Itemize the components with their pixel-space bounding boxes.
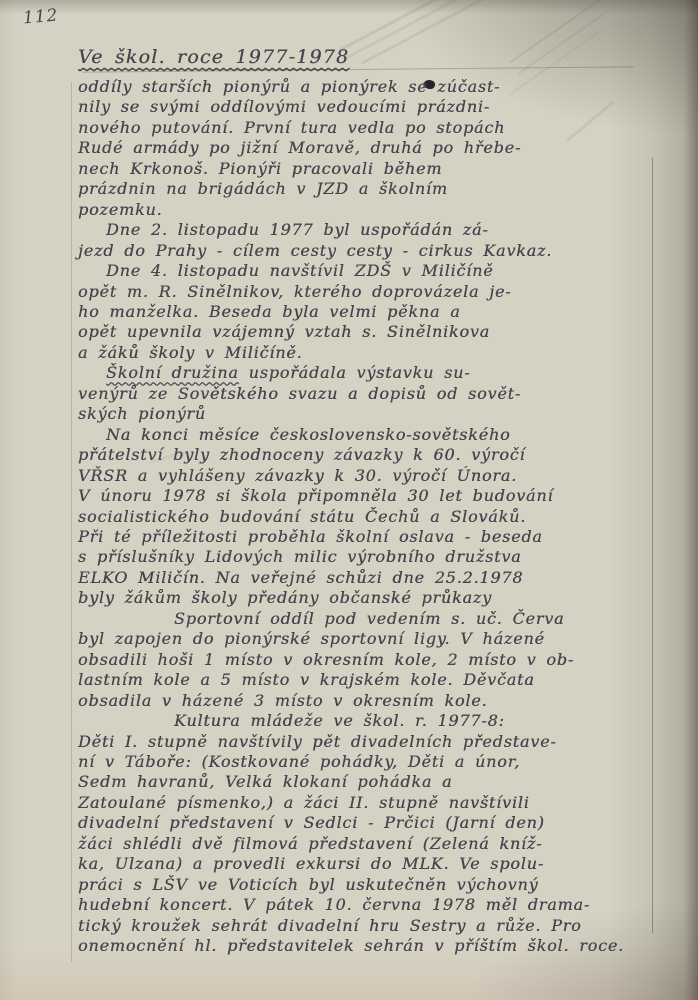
text-line: práci s LŠV ve Voticích byl uskutečněn v… bbox=[78, 875, 653, 895]
text-line: Sportovní oddíl pod vedením s. uč. Červa bbox=[78, 609, 653, 629]
page-heading: Ve škol. roce 1977-1978 bbox=[78, 46, 349, 70]
text-line: Zatoulané písmenko,) a žáci II. stupně n… bbox=[78, 793, 653, 813]
text-line: lastním kole a 5 místo v krajském kole. … bbox=[78, 670, 653, 690]
text-line: opět upevnila vzájemný vztah s. Sinělnik… bbox=[78, 322, 653, 342]
text-line: žáci shlédli dvě filmová představení (Ze… bbox=[78, 834, 653, 854]
text-line: oddíly starších pionýrů a pionýrek se zú… bbox=[78, 77, 653, 97]
text-line: onemocnění hl. představitelek sehrán v p… bbox=[78, 936, 653, 956]
text-line: Kultura mládeže ve škol. r. 1977-8: bbox=[78, 711, 653, 731]
text-line: obsadili hoši 1 místo v okresním kole, 2… bbox=[78, 650, 653, 670]
text-line: tický kroužek sehrát divadelní hru Sestr… bbox=[78, 916, 653, 936]
text-line: Dne 4. listopadu navštívil ZDŠ v Miličín… bbox=[78, 261, 653, 281]
text-line: nily se svými oddílovými vedoucími prázd… bbox=[78, 97, 653, 117]
page-number: 112 bbox=[22, 5, 59, 28]
text-line: Rudé armády po jižní Moravě, druhá po hř… bbox=[78, 138, 653, 158]
text-line: VŘSR a vyhlášeny závazky k 30. výročí Ún… bbox=[78, 466, 653, 486]
text-line: byly žákům školy předány občanské průkaz… bbox=[78, 588, 653, 608]
text-line: Při té příležitosti proběhla školní osla… bbox=[78, 527, 653, 547]
text-line: a žáků školy v Miličíně. bbox=[78, 343, 653, 363]
page-content: Ve škol. roce 1977-1978 oddíly starších … bbox=[78, 46, 653, 956]
text-line: divadelní představení v Sedlci - Prčici … bbox=[78, 813, 653, 833]
text-line: socialistického budování státu Čechů a S… bbox=[78, 507, 653, 527]
text-line: ELKO Miličín. Na veřejné schůzi dne 25.2… bbox=[78, 568, 653, 588]
text-line: ho manželka. Beseda byla velmi pěkna a bbox=[78, 302, 653, 322]
text-line: ských pionýrů bbox=[78, 404, 653, 424]
text-line: přátelství byly zhodnoceny závazky k 60.… bbox=[78, 445, 653, 465]
text-line: Na konci měsíce československo-sovětskéh… bbox=[78, 425, 653, 445]
text-line: Děti I. stupně navštívily pět divadelníc… bbox=[78, 732, 653, 752]
text-line: ní v Táboře: (Kostkované pohádky, Děti a… bbox=[78, 752, 653, 772]
text-line: prázdnin na brigádách v JZD a školním bbox=[78, 179, 653, 199]
text-line: Školní družina uspořádala výstavku su- bbox=[78, 363, 653, 383]
text-line: pozemku. bbox=[78, 200, 653, 220]
underlined-phrase: Školní družina bbox=[106, 363, 239, 382]
text-line: jezd do Prahy - cílem cesty cesty - cirk… bbox=[78, 241, 653, 261]
text-line: nového putování. První tura vedla po sto… bbox=[78, 118, 653, 138]
text-line: nech Krkonoš. Pionýři pracovali během bbox=[78, 159, 653, 179]
text-line: obsadila v házené 3 místo v okresním kol… bbox=[78, 691, 653, 711]
text-line: byl zapojen do pionýrské sportovní ligy.… bbox=[78, 629, 653, 649]
text-line: Dne 2. listopadu 1977 byl uspořádán zá- bbox=[78, 220, 653, 240]
text-line: ka, Ulzana) a provedli exkursi do MLK. V… bbox=[78, 854, 653, 874]
text-line: opět m. R. Sinělnikov, kterého doprováze… bbox=[78, 282, 653, 302]
left-margin-line bbox=[71, 82, 72, 962]
text-line: s příslušníky Lidových milic výrobního d… bbox=[78, 547, 653, 567]
text-line: hudební koncert. V pátek 10. června 1978… bbox=[78, 895, 653, 915]
text-line: Sedm havranů, Velká klokaní pohádka a bbox=[78, 772, 653, 792]
text-line: V únoru 1978 si škola připomněla 30 let … bbox=[78, 486, 653, 506]
text-lines: oddíly starších pionýrů a pionýrek se zú… bbox=[78, 77, 653, 956]
chronicle-page: 112 Ve škol. roce 1977-1978 oddíly starš… bbox=[0, 0, 698, 1000]
pencil-smudge bbox=[338, 0, 472, 52]
text-line: venýrů ze Sovětského svazu a dopisů od s… bbox=[78, 384, 653, 404]
